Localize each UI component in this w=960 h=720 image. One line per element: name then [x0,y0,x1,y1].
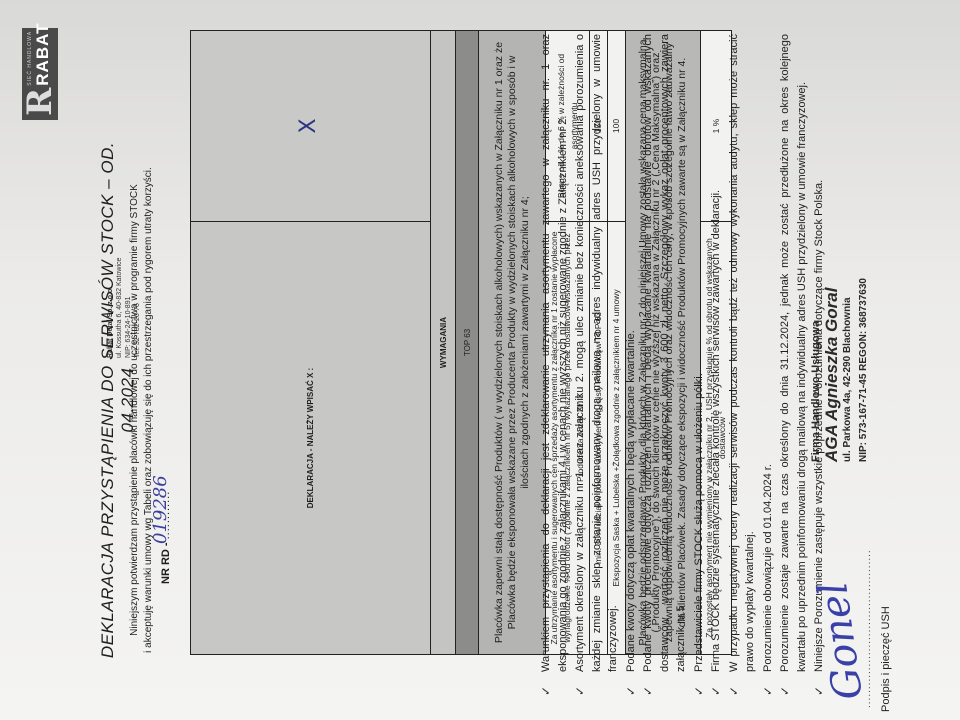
document-page: Rabat Detal Sp. z o.o. ul. Kossutha 6, 4… [0,0,960,720]
nr-rd-field: NR RD - ............ 019286 [160,491,172,584]
declaration-mark-cell[interactable]: X [191,31,431,222]
checkmark-icon: ✓ [623,672,640,696]
x-mark-icon: X [296,118,321,133]
list-item: ✓Firma STOCK będzie systematycznie zleca… [708,34,725,696]
section-top63: TOP 63 [456,31,479,655]
condition-text: Warunkiem przystąpienia do deklaracji je… [538,34,571,672]
signature-label: Podpis i pieczęć USH [880,606,892,712]
table-row: Placówka zapewni stałą dostępność Produk… [479,31,546,655]
requirement-text: Placówka zapewni stałą dostępność Produk… [479,31,546,655]
declaration-label: DEKLARACJA - NALEŻY WPISAĆ X : [191,222,431,655]
list-item: ✓Porozumienie obowiązuje od 01.04.2024 r… [760,34,777,696]
checkmark-icon: ✓ [708,672,725,696]
list-item: ✓Podane kwoty dotyczą opłat kwartalnych … [623,34,640,696]
signature-line: ........................................… [862,549,873,708]
stamp-line-4: NIP: 573-167-71-45 REGON: 368737630 [856,278,872,462]
condition-text: Podane kwoty dotyczą opłat kwartalnych i… [623,34,640,672]
rabat-logo: R SIEĆ HANDLOWA RABAT [22,28,58,120]
signature-block: Gonel ..................................… [800,12,950,712]
company-stamp: Firma Handlowo-Usługowa AGA Agnieszka Go… [808,278,872,462]
checkmark-icon: ✓ [640,672,690,696]
list-item: ✓W przypadku negatywnej oceny realizacji… [726,34,759,696]
nr-rd-value[interactable]: 019286 [150,475,171,544]
condition-text: Podane kwoty procentowe dotyczą rozlicze… [640,34,690,672]
list-item: ✓Podane kwoty procentowe dotyczą rozlicz… [640,34,690,696]
checkmark-icon: ✓ [572,672,622,696]
intro-line-2: i akceptuję warunki umowy wg Tabeli oraz… [142,130,156,690]
list-item: ✓Asortyment określony w załączniku nr 1.… [572,34,622,696]
condition-text: Porozumienie obowiązuje od 01.04.2024 r. [760,34,777,672]
intro-line-1: Niniejszym potwierdzam przystąpienie pla… [128,130,142,690]
nr-rd-label: NR RD - [160,539,172,584]
condition-text: Przedstawiciele firmy STOCK służą pomocą… [691,34,708,672]
requirements-header: WYMAGANIA [431,31,456,655]
checkmark-icon: ✓ [760,672,777,696]
logo-letter: R [23,88,57,116]
stamp-line-2: AGA Agnieszka Goral [824,278,840,462]
list-item: ✓Warunkiem przystąpienia do deklaracji j… [538,34,571,696]
logo-name: RABAT [33,23,53,86]
intro-text: Niniejszym potwierdzam przystąpienie pla… [128,130,156,690]
list-item: ✓Przedstawiciele firmy STOCK służą pomoc… [691,34,708,696]
condition-text: Asortyment określony w załączniku nr 1. … [572,34,622,672]
stamp-line-3: ul. Parkowa 4a, 42-290 Blachownia [840,278,856,462]
checkmark-icon: ✓ [538,672,571,696]
condition-text: Firma STOCK będzie systematycznie zlecał… [708,34,725,672]
condition-text: W przypadku negatywnej oceny realizacji … [726,34,759,672]
checkmark-icon: ✓ [691,672,708,696]
checkmark-icon: ✓ [726,672,759,696]
conditions-list: ✓Warunkiem przystąpienia do deklaracji j… [538,34,829,696]
